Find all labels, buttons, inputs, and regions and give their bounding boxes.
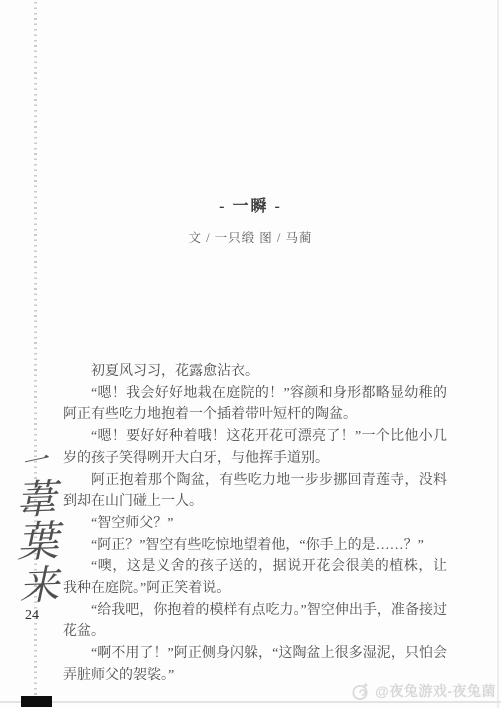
page-right-edge	[497, 0, 499, 708]
body-paragraph: “噢，这是义舍的孩子送的，据说开花会很美的植株，让我种在庭院。”阿正笑着说。	[63, 556, 447, 599]
watermark-text: @夜兔游戏-夜兔菌	[375, 681, 496, 701]
page-number: 24	[14, 608, 50, 624]
body-paragraph: 阿正抱着那个陶盆，有些吃力地一步步挪回青莲寺，没料到却在山门碰上一人。	[63, 470, 447, 513]
body-paragraph: 初夏风习习，花露愈沾衣。	[63, 361, 447, 383]
page-bottom-edge	[0, 701, 501, 703]
body-paragraph: “嗯！要好好种着哦！这花开花可漂亮了！”一个比他小几岁的孩子笑得咧开大白牙，与他…	[63, 426, 447, 469]
calligraphy-char: 葉	[12, 521, 63, 565]
calligraphy-char: 来	[13, 565, 64, 607]
weibo-icon	[351, 681, 371, 701]
calligraphy-char: 葦	[10, 479, 61, 521]
body-paragraph: “阿正？”智空有些吃惊地望着他，“你手上的是……？”	[63, 535, 447, 557]
page-title: - 一瞬 -	[0, 193, 501, 216]
body-paragraph: “给我吧，你抱着的模样有点吃力。”智空伸出手，准备接过花盆。	[63, 600, 447, 643]
body-text: 初夏风习习，花露愈沾衣。 “嗯！我会好好地栽在庭院的！”容颜和身形都略显幼稚的阿…	[63, 361, 447, 687]
calligraphy-vertical-title: 一 葦 葉 来	[9, 448, 64, 607]
book-page: - 一瞬 - 文 / 一只缎 图 / 马蔺 初夏风习习，花露愈沾衣。 “嗯！我会…	[0, 0, 501, 708]
byline: 文 / 一只缎 图 / 马蔺	[0, 228, 501, 246]
watermark: @夜兔游戏-夜兔菌	[351, 681, 496, 701]
print-registration-tab	[21, 696, 52, 707]
body-paragraph: “嗯！我会好好地栽在庭院的！”容颜和身形都略显幼稚的阿正有些吃力地抱着一个插着带…	[63, 383, 447, 426]
body-paragraph: “智空师父？”	[63, 513, 447, 535]
